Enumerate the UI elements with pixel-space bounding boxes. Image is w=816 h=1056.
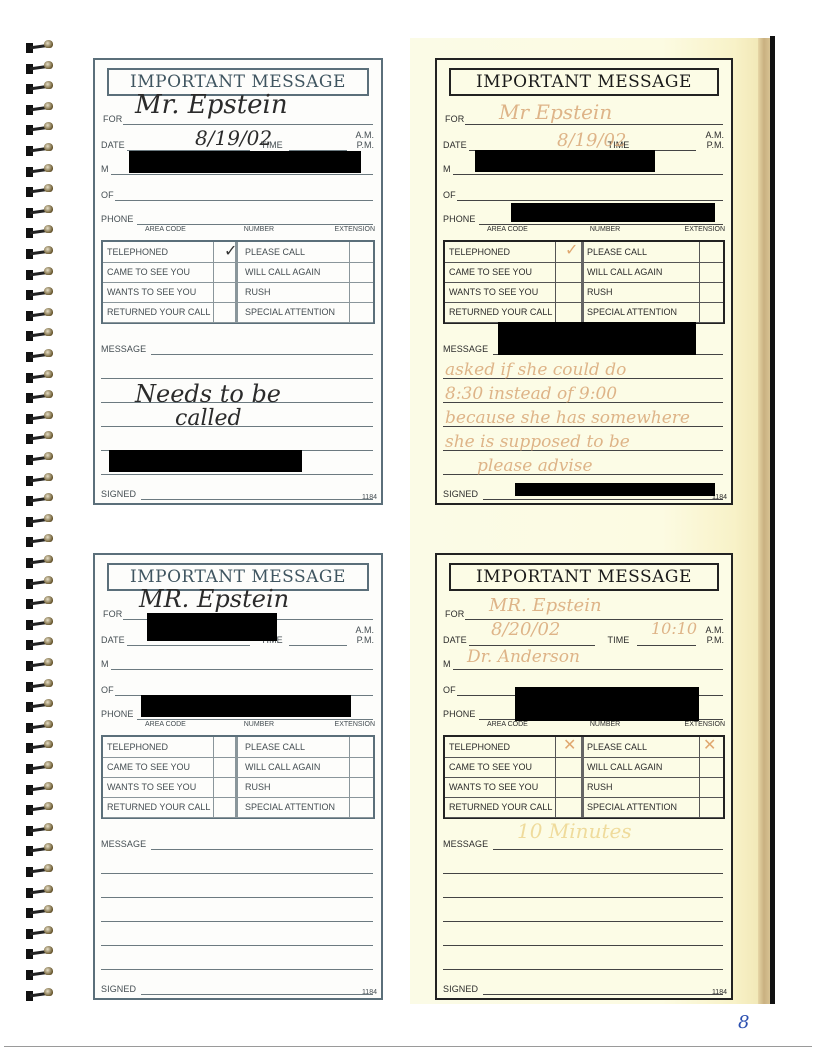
spiral-binding (26, 40, 58, 1010)
checkbox-right[interactable] (700, 777, 722, 797)
signed-label: SIGNED (101, 489, 136, 499)
message-line[interactable] (443, 897, 723, 898)
message-label: MESSAGE (101, 344, 146, 354)
check-mark-please-call: ✕ (703, 735, 716, 755)
redaction-bar (141, 695, 351, 717)
redaction-bar (515, 483, 715, 496)
message-slip-top-left: IMPORTANT MESSAGEFORDATETIMEA.M.P.M.MOFP… (93, 58, 383, 505)
checkbox-label-left: RETURNED YOUR CALL (103, 302, 213, 322)
grid-center-divider (581, 737, 584, 817)
area-code-label: AREA CODE (145, 721, 186, 728)
spiral-coil (26, 225, 56, 239)
checkbox-right[interactable] (350, 282, 372, 302)
handwritten-date: 8/19/02 (557, 130, 626, 151)
checkbox-left[interactable] (214, 777, 235, 797)
spiral-coil (26, 493, 56, 507)
for-label: FOR (103, 114, 122, 124)
spiral-coil (26, 349, 56, 363)
pm-label: P.M. (355, 635, 374, 645)
spiral-coil (26, 81, 56, 95)
for-line[interactable] (123, 124, 373, 125)
form-number: 1184 (362, 989, 377, 996)
checkbox-label-right: SPECIAL ATTENTION (583, 797, 693, 817)
checkbox-label-left: TELEPHONED (445, 242, 555, 262)
handwritten-message-line: 10 Minutes (517, 819, 632, 843)
checkbox-label-right: WILL CALL AGAIN (241, 757, 351, 777)
date-line[interactable] (127, 645, 250, 646)
date-label: DATE (101, 635, 125, 645)
handwritten-message-line: she is supposed to be (445, 432, 630, 452)
checkbox-label-right: RUSH (583, 777, 693, 797)
handwritten-message-line: because she has somewhere (445, 408, 690, 428)
spiral-coil (26, 328, 56, 342)
handwritten-message-line: 8:30 instead of 9:00 (445, 384, 617, 404)
time-line[interactable] (637, 645, 696, 646)
checkbox-label-left: TELEPHONED (103, 737, 213, 757)
checkbox-left[interactable] (214, 282, 235, 302)
spiral-coil (26, 802, 56, 816)
for-line[interactable] (465, 124, 723, 125)
message-type-grid: TELEPHONEDPLEASE CALLCAME TO SEE YOUWILL… (443, 240, 725, 324)
handwritten-message-line: called (175, 406, 242, 431)
checkbox-label-left: WANTS TO SEE YOU (103, 282, 213, 302)
checkbox-left[interactable] (214, 262, 235, 282)
spiral-coil (26, 699, 56, 713)
message-line[interactable] (101, 873, 373, 874)
number-label: NUMBER (590, 226, 620, 233)
message-type-grid: TELEPHONEDPLEASE CALLCAME TO SEE YOUWILL… (101, 240, 375, 324)
checkbox-label-right: PLEASE CALL (583, 242, 693, 262)
checkbox-label-left: CAME TO SEE YOU (103, 757, 213, 777)
am-label: A.M. (705, 130, 724, 140)
am-pm-label: A.M.P.M. (355, 130, 374, 150)
signed-line[interactable] (483, 994, 723, 995)
signed-label: SIGNED (443, 489, 478, 499)
spiral-coil (26, 40, 56, 54)
spiral-coil (26, 576, 56, 590)
message-line[interactable] (151, 354, 373, 355)
message-line[interactable] (493, 849, 723, 850)
redaction-bar (475, 150, 655, 172)
phone-label: PHONE (101, 709, 134, 719)
message-line[interactable] (101, 969, 373, 970)
checkbox-label-left: TELEPHONED (445, 737, 555, 757)
redaction-bar (129, 151, 361, 173)
checkbox-right[interactable] (350, 777, 372, 797)
am-label: A.M. (355, 625, 374, 635)
checkbox-label-right: RUSH (241, 282, 351, 302)
grid-center-divider (235, 737, 238, 817)
spiral-coil (26, 843, 56, 857)
message-line[interactable] (101, 474, 373, 475)
checkbox-label-right: RUSH (241, 777, 351, 797)
m-line[interactable] (453, 174, 723, 175)
checkbox-left[interactable] (214, 797, 235, 817)
checkbox-left[interactable] (556, 282, 581, 302)
date-line[interactable] (469, 645, 595, 646)
form-number: 1184 (712, 989, 727, 996)
message-type-grid: TELEPHONEDPLEASE CALLCAME TO SEE YOUWILL… (101, 735, 375, 819)
extension-label: EXTENSION (335, 226, 375, 233)
signed-line[interactable] (483, 499, 723, 500)
date-label: DATE (443, 635, 467, 645)
phone-line[interactable] (137, 224, 373, 225)
spiral-coil (26, 658, 56, 672)
message-line[interactable] (101, 378, 373, 379)
checkbox-label-right: PLEASE CALL (583, 737, 693, 757)
checkbox-label-right: SPECIAL ATTENTION (241, 797, 351, 817)
spiral-coil (26, 823, 56, 837)
checkbox-right[interactable] (700, 797, 722, 817)
message-line[interactable] (101, 897, 373, 898)
checkbox-label-right: WILL CALL AGAIN (241, 262, 351, 282)
message-slip-bottom-left: IMPORTANT MESSAGEFORDATETIMEA.M.P.M.MOFP… (93, 553, 383, 1000)
message-line[interactable] (101, 921, 373, 922)
redaction-bar (109, 450, 302, 472)
spiral-coil (26, 596, 56, 610)
spiral-coil (26, 431, 56, 445)
spiral-coil (26, 102, 56, 116)
extension-label: EXTENSION (685, 721, 725, 728)
message-label: MESSAGE (443, 839, 488, 849)
date-label: DATE (101, 140, 125, 150)
for-label: FOR (445, 609, 464, 619)
message-line[interactable] (443, 873, 723, 874)
spiral-coil (26, 164, 56, 178)
m-label: M (443, 659, 451, 669)
area-code-label: AREA CODE (487, 721, 528, 728)
handwritten-for: MR. Epstein (489, 595, 602, 616)
spiral-coil (26, 555, 56, 569)
of-label: OF (101, 190, 114, 200)
checkbox-label-left: RETURNED YOUR CALL (445, 302, 555, 322)
of-label: OF (101, 685, 114, 695)
checkbox-left[interactable] (556, 262, 581, 282)
spiral-coil (26, 473, 56, 487)
time-line[interactable] (289, 645, 346, 646)
checkbox-label-right: PLEASE CALL (241, 242, 351, 262)
redaction-bar (147, 613, 277, 641)
redaction-bar (498, 322, 696, 355)
message-slip-top-right: IMPORTANT MESSAGEFORDATETIMEA.M.P.M.MOFP… (435, 58, 733, 505)
slip-title: IMPORTANT MESSAGE (449, 68, 719, 96)
handwritten-message-line: Needs to be (135, 380, 281, 408)
pm-label: P.M. (705, 635, 724, 645)
handwritten-date: 8/20/02 (491, 619, 560, 640)
checkbox-right[interactable] (700, 282, 722, 302)
message-label: MESSAGE (101, 839, 146, 849)
checkbox-left[interactable] (556, 797, 581, 817)
message-type-grid: TELEPHONEDPLEASE CALLCAME TO SEE YOUWILL… (443, 735, 725, 819)
checkbox-label-right: WILL CALL AGAIN (583, 757, 693, 777)
spiral-coil (26, 246, 56, 260)
check-mark-telephoned: ✕ (563, 735, 576, 755)
checkbox-label-left: CAME TO SEE YOU (445, 757, 555, 777)
message-line[interactable] (443, 921, 723, 922)
message-line[interactable] (101, 945, 373, 946)
area-code-label: AREA CODE (487, 226, 528, 233)
m-line[interactable] (453, 669, 723, 670)
checkbox-label-right: SPECIAL ATTENTION (583, 302, 693, 322)
spiral-coil (26, 411, 56, 425)
checkbox-right[interactable] (700, 757, 722, 777)
handwritten-for: Mr Epstein (499, 100, 612, 124)
message-label: MESSAGE (443, 344, 488, 354)
am-pm-label: A.M.P.M. (705, 625, 724, 645)
phone-label: PHONE (443, 709, 476, 719)
page-stack-edge (758, 38, 770, 1004)
am-pm-label: A.M.P.M. (705, 130, 724, 150)
checkbox-label-left: WANTS TO SEE YOU (445, 282, 555, 302)
handwritten-message-line: asked if she could do (445, 360, 626, 380)
checkbox-right[interactable] (700, 242, 722, 262)
for-label: FOR (445, 114, 464, 124)
checkbox-left[interactable] (556, 757, 581, 777)
spiral-coil (26, 534, 56, 548)
spiral-coil (26, 617, 56, 631)
area-code-label: AREA CODE (145, 226, 186, 233)
spiral-coil (26, 740, 56, 754)
checkbox-left[interactable] (556, 777, 581, 797)
checkbox-label-right: PLEASE CALL (241, 737, 351, 757)
checkbox-left[interactable] (556, 302, 581, 322)
spiral-coil (26, 885, 56, 899)
checkbox-label-left: TELEPHONED (103, 242, 213, 262)
checkbox-right[interactable] (350, 302, 372, 322)
spiral-coil (26, 267, 56, 281)
am-label: A.M. (355, 130, 374, 140)
time-label: TIME (608, 635, 630, 645)
checkbox-label-left: RETURNED YOUR CALL (103, 797, 213, 817)
signed-line[interactable] (141, 499, 373, 500)
handwritten-from: Dr. Anderson (467, 647, 580, 667)
checkbox-label-left: CAME TO SEE YOU (445, 262, 555, 282)
handwritten-time: 10:10 (651, 619, 697, 638)
number-label: NUMBER (244, 721, 274, 728)
checkbox-right[interactable] (350, 797, 372, 817)
m-label: M (443, 164, 451, 174)
checkbox-label-right: RUSH (583, 282, 693, 302)
m-label: M (101, 164, 109, 174)
page-number: 8 (738, 1012, 749, 1033)
checkbox-left[interactable] (214, 302, 235, 322)
spiral-coil (26, 143, 56, 157)
spiral-coil (26, 61, 56, 75)
spiral-coil (26, 864, 56, 878)
checkbox-right[interactable] (700, 262, 722, 282)
signed-line[interactable] (141, 994, 373, 995)
checkbox-right[interactable] (350, 262, 372, 282)
signed-label: SIGNED (101, 984, 136, 994)
of-label: OF (443, 190, 456, 200)
checkbox-right[interactable] (350, 242, 372, 262)
spiral-coil (26, 308, 56, 322)
grid-center-divider (581, 242, 584, 322)
m-line[interactable] (111, 669, 373, 670)
message-line[interactable] (443, 969, 723, 970)
spiral-coil (26, 946, 56, 960)
extension-label: EXTENSION (335, 721, 375, 728)
spiral-coil (26, 967, 56, 981)
of-label: OF (443, 685, 456, 695)
redaction-bar (511, 203, 715, 222)
spiral-coil (26, 205, 56, 219)
spiral-coil (26, 637, 56, 651)
checkbox-label-left: CAME TO SEE YOU (103, 262, 213, 282)
am-label: A.M. (705, 625, 724, 635)
phone-label: PHONE (443, 214, 476, 224)
of-line[interactable] (457, 200, 723, 201)
handwritten-for: Mr. Epstein (135, 90, 288, 120)
phone-line[interactable] (137, 719, 373, 720)
slip-title: IMPORTANT MESSAGE (449, 563, 719, 591)
am-pm-label: A.M.P.M. (355, 625, 374, 645)
spiral-coil (26, 926, 56, 940)
message-line[interactable] (443, 945, 723, 946)
checkbox-label-left: WANTS TO SEE YOU (445, 777, 555, 797)
check-mark-telephoned: ✓ (565, 240, 578, 260)
checkbox-label-left: RETURNED YOUR CALL (445, 797, 555, 817)
phone-label: PHONE (101, 214, 134, 224)
checkbox-label-right: WILL CALL AGAIN (583, 262, 693, 282)
footer-rule (4, 1046, 812, 1047)
handwritten-for: MR. Epstein (139, 585, 289, 613)
phone-line[interactable] (479, 224, 723, 225)
checkbox-right[interactable] (350, 757, 372, 777)
page-spine-shadow (770, 36, 775, 1004)
spiral-coil (26, 720, 56, 734)
checkbox-right[interactable] (350, 737, 372, 757)
signed-label: SIGNED (443, 984, 478, 994)
pm-label: P.M. (355, 140, 374, 150)
spiral-coil (26, 782, 56, 796)
spiral-coil (26, 905, 56, 919)
number-label: NUMBER (244, 226, 274, 233)
form-number: 1184 (362, 494, 377, 501)
message-line[interactable] (151, 849, 373, 850)
date-label: DATE (443, 140, 467, 150)
redaction-bar (515, 687, 699, 721)
of-line[interactable] (115, 200, 373, 201)
checkbox-label-left: WANTS TO SEE YOU (103, 777, 213, 797)
extension-label: EXTENSION (685, 226, 725, 233)
spiral-coil (26, 452, 56, 466)
check-mark-telephoned: ✓ (224, 241, 237, 261)
m-line[interactable] (111, 174, 373, 175)
spiral-coil (26, 761, 56, 775)
pm-label: P.M. (705, 140, 724, 150)
checkbox-left[interactable] (214, 737, 235, 757)
checkbox-label-right: SPECIAL ATTENTION (241, 302, 351, 322)
spiral-coil (26, 122, 56, 136)
spiral-coil (26, 287, 56, 301)
handwritten-date: 8/19/02 (195, 126, 272, 150)
m-label: M (101, 659, 109, 669)
spiral-coil (26, 988, 56, 1002)
spiral-coil (26, 184, 56, 198)
spiral-coil (26, 679, 56, 693)
number-label: NUMBER (590, 721, 620, 728)
spiral-coil (26, 390, 56, 404)
spiral-coil (26, 514, 56, 528)
for-label: FOR (103, 609, 122, 619)
handwritten-message-line: please advise (477, 456, 593, 476)
message-slip-bottom-right: IMPORTANT MESSAGEFORDATETIMEA.M.P.M.MOFP… (435, 553, 733, 1000)
checkbox-right[interactable] (700, 302, 722, 322)
checkbox-left[interactable] (214, 757, 235, 777)
spiral-coil (26, 370, 56, 384)
